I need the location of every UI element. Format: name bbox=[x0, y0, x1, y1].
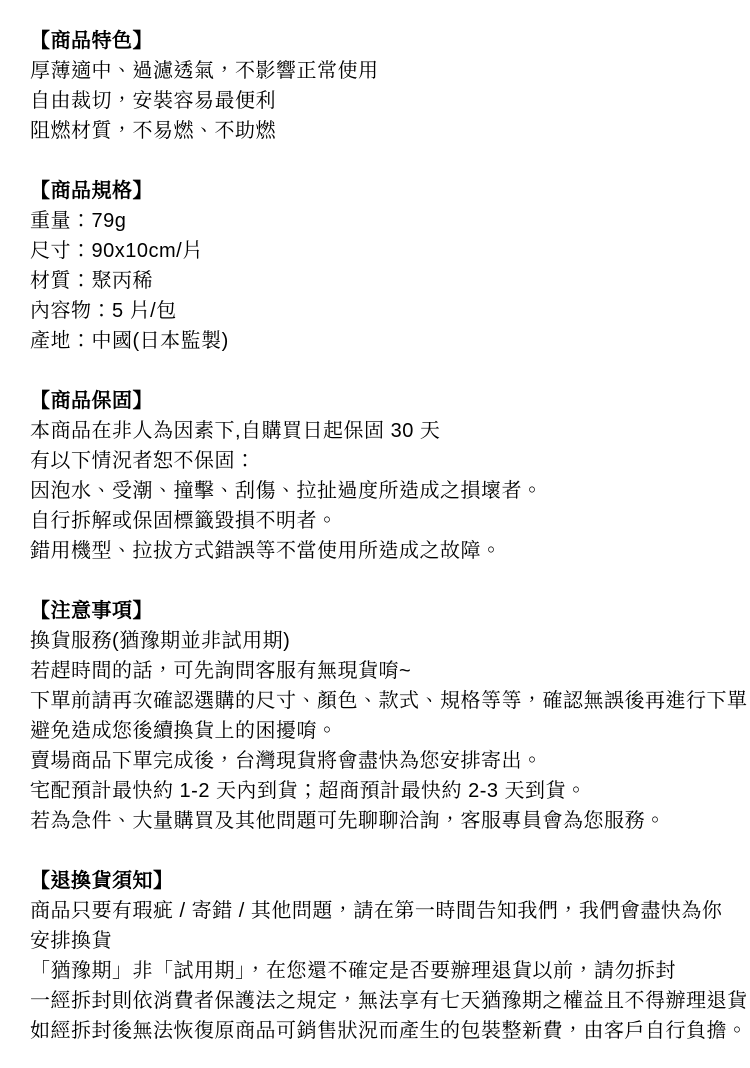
note-line: 換貨服務(猶豫期並非試用期) bbox=[30, 626, 722, 656]
spec-material: 材質：聚丙稀 bbox=[30, 266, 722, 296]
warranty-line: 錯用機型、拉拔方式錯誤等不當使用所造成之故障。 bbox=[30, 536, 722, 566]
section-heading-features: 【商品特色】 bbox=[30, 26, 722, 56]
section-heading-notes: 【注意事項】 bbox=[30, 596, 722, 626]
note-line: 賣場商品下單完成後，台灣現貨將會盡快為您安排寄出。 bbox=[30, 746, 722, 776]
note-line: 下單前請再次確認選購的尺寸、顏色、款式、規格等等，確認無誤後再進行下單 ， bbox=[30, 686, 722, 716]
feature-line: 自由裁切，安裝容易最便利 bbox=[30, 86, 722, 116]
warranty-line: 因泡水、受潮、撞擊、刮傷、拉扯過度所造成之損壞者。 bbox=[30, 476, 722, 506]
section-return-policy: 【退換貨須知】 商品只要有瑕疵 / 寄錯 / 其他問題，請在第一時間告知我們，我… bbox=[30, 866, 722, 1046]
note-line: 若趕時間的話，可先詢問客服有無現貨唷~ bbox=[30, 656, 722, 686]
feature-line: 阻燃材質，不易燃、不助燃 bbox=[30, 116, 722, 146]
return-policy-line: 「猶豫期」非「試用期」，在您還不確定是否要辦理退貨以前，請勿拆封 bbox=[30, 956, 722, 986]
return-policy-line: 如經拆封後無法恢復原商品可銷售狀況而產生的包裝整新費，由客戶自行負擔。 bbox=[30, 1016, 722, 1046]
return-policy-line: 安排換貨 bbox=[30, 926, 722, 956]
section-heading-return-policy: 【退換貨須知】 bbox=[30, 866, 722, 896]
product-description-page: 【商品特色】 厚薄適中、過濾透氣，不影響正常使用 自由裁切，安裝容易最便利 阻燃… bbox=[0, 0, 750, 1068]
section-product-features: 【商品特色】 厚薄適中、過濾透氣，不影響正常使用 自由裁切，安裝容易最便利 阻燃… bbox=[30, 26, 722, 146]
note-line: 若為急件、大量購買及其他問題可先聊聊洽詢，客服專員會為您服務。 bbox=[30, 806, 722, 836]
section-warranty: 【商品保固】 本商品在非人為因素下,自購買日起保固 30 天 有以下情況者恕不保… bbox=[30, 386, 722, 566]
section-heading-warranty: 【商品保固】 bbox=[30, 386, 722, 416]
section-product-specs: 【商品規格】 重量：79g 尺寸：90x10cm/片 材質：聚丙稀 內容物：5 … bbox=[30, 176, 722, 356]
spec-weight: 重量：79g bbox=[30, 206, 722, 236]
warranty-line: 自行拆解或保固標籤毀損不明者。 bbox=[30, 506, 722, 536]
spec-size: 尺寸：90x10cm/片 bbox=[30, 236, 722, 266]
note-line: 避免造成您後續換貨上的困擾唷。 bbox=[30, 716, 722, 746]
feature-line: 厚薄適中、過濾透氣，不影響正常使用 bbox=[30, 56, 722, 86]
spec-contents: 內容物：5 片/包 bbox=[30, 296, 722, 326]
warranty-line: 本商品在非人為因素下,自購買日起保固 30 天 bbox=[30, 416, 722, 446]
return-policy-line: 一經拆封則依消費者保護法之規定，無法享有七天猶豫期之權益且不得辦理退貨 bbox=[30, 986, 722, 1016]
note-line: 宅配預計最快約 1-2 天內到貨；超商預計最快約 2-3 天到貨。 bbox=[30, 776, 722, 806]
return-policy-line: 商品只要有瑕疵 / 寄錯 / 其他問題，請在第一時間告知我們，我們會盡快為你 bbox=[30, 896, 722, 926]
section-notes: 【注意事項】 換貨服務(猶豫期並非試用期) 若趕時間的話，可先詢問客服有無現貨唷… bbox=[30, 596, 722, 836]
warranty-line: 有以下情況者恕不保固： bbox=[30, 446, 722, 476]
section-heading-specs: 【商品規格】 bbox=[30, 176, 722, 206]
spec-origin: 產地：中國(日本監製) bbox=[30, 326, 722, 356]
